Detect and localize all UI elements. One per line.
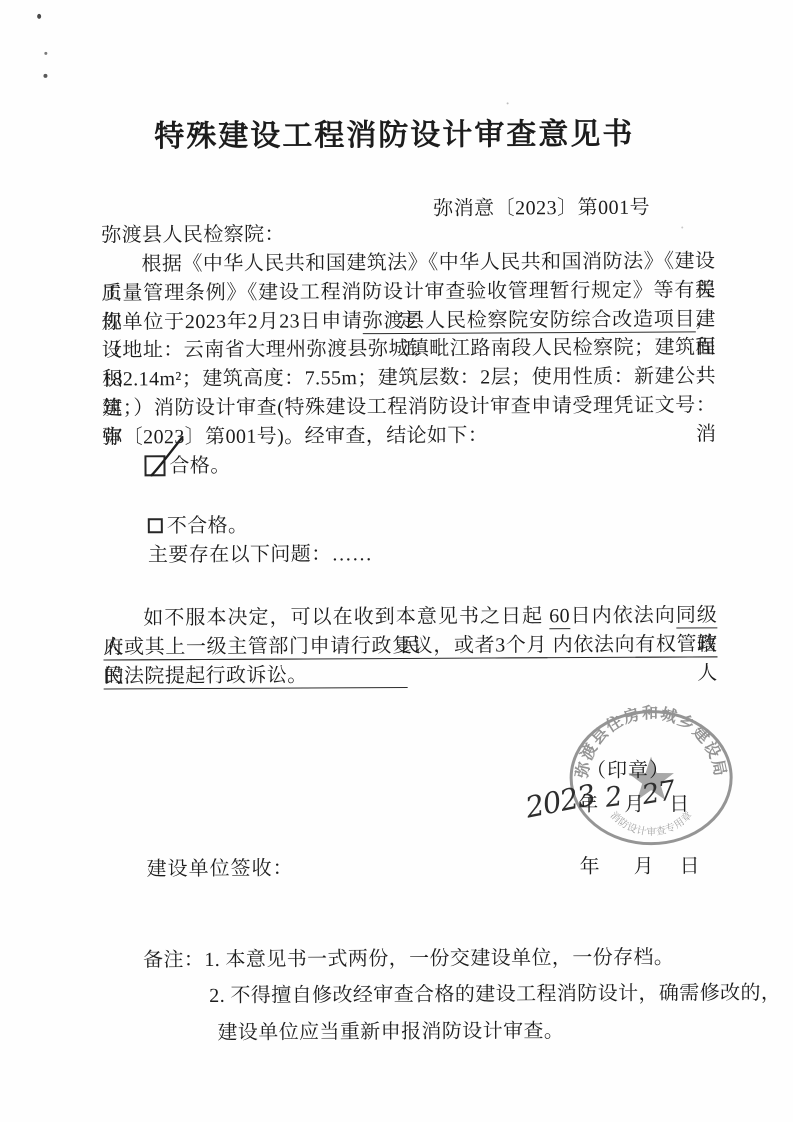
document-number: 弥消意〔2023〕第001号 (433, 191, 650, 221)
underlined-text: 府或其上一级主管部门 (103, 635, 309, 660)
sign-label: 建设单位签收： (147, 852, 294, 882)
document-title: 特殊建设工程消防设计审查意见书 (0, 108, 791, 156)
notes-line: 建设单位应当重新申报消防设计审查。 (143, 1012, 781, 1052)
pass-label: 合格。 (169, 455, 230, 477)
notes-item: 1. 本意见书一式两份，一份交建设单位，一份存档。 (204, 947, 674, 971)
paragraph-line: 根据《中华人民共和国建筑法》《中华人民共和国消防法》《建设工程 (101, 247, 715, 279)
text-segment: 你单位于2023年2月23日申请 (102, 310, 363, 333)
paragraph-line: 筑；）消防设计审查(特殊建设工程消防设计审查申请受理凭证文号：弥消 (102, 391, 716, 423)
scan-speck (507, 102, 509, 104)
paragraph-line: 府或其上一级主管部门申请行政复议，或者3个月 内依法向有权管辖的 人 (103, 630, 717, 662)
sign-month-label: 月 (634, 850, 654, 879)
scan-speck (37, 14, 41, 19)
text-segment: 申请行政复议，或者 (310, 634, 496, 657)
checkbox-unchecked-icon (148, 519, 163, 534)
paragraph-line: 你单位于2023年2月23日申请弥渡县人民检察院安防综合改造项目建设工程 (102, 305, 716, 337)
scan-speck (44, 52, 47, 55)
scan-speck (43, 74, 47, 78)
fail-label: 不合格。 (167, 515, 249, 537)
text-segment: 日内依法向 (570, 605, 676, 628)
notes-line: 备注：1. 本意见书一式两份，一份交建设单位，一份存档。 (143, 939, 781, 979)
sign-day-label: 日 (680, 849, 700, 878)
text-segment: 民法院提起行政诉讼。 (104, 664, 308, 687)
document-body: 弥渡县人民检察院： 根据《中华人民共和国建筑法》《中华人民共和国消防法》《建设工… (100, 0, 714, 30)
notes-label: 备注： (143, 949, 204, 971)
scanned-document-page: 特殊建设工程消防设计审查意见书 弥消意〔2023〕第001号 弥渡县人民检察院：… (0, 0, 793, 1122)
underlined-text: 60 (549, 605, 570, 629)
main-paragraph: 根据《中华人民共和国建筑法》《中华人民共和国消防法》《建设工程 质量管理条例》《… (101, 247, 716, 452)
text-segment: 人 (408, 662, 718, 686)
paragraph-line: 质量管理条例》《建设工程消防设计审查验收管理暂行规定》等有关规定， (102, 276, 716, 308)
text-segment: 内依法向 (547, 634, 635, 656)
sign-year-label: 年 (580, 850, 600, 879)
paragraph-line: 如不服本决定，可以在收到本意见书之日起 60日内依法向同级人民政 (103, 601, 717, 633)
problems-line: 主要存在以下问题：…… (103, 540, 373, 570)
underlined-text: 弥渡县人民检察院安防综合改造项目 (363, 308, 696, 334)
salutation: 弥渡县人民检察院： (101, 221, 285, 251)
paragraph-line: （地址：云南省大理州弥渡县弥城镇毗江路南段人民检察院；建筑面积： (102, 334, 716, 366)
year-label: 年 (578, 788, 598, 817)
scan-speck (681, 226, 683, 228)
handwritten-month: 2 (603, 781, 624, 814)
conclusion-fail-row: 不合格。 (103, 512, 249, 542)
text-segment: 如不服本决定，可以在收到本意见书之日起 (143, 605, 549, 629)
day-label: 日 (669, 787, 689, 816)
text-segment: 审〔2023〕第001号)。经审查，结论如下： (102, 424, 488, 448)
underlined-text: 3个月 (495, 634, 547, 658)
issue-date-row: 2023 年 2 月 27 日 (1, 785, 793, 823)
notes-line: 2. 不得擅自修改经审查合格的建设工程消防设计，确需修改的， (143, 975, 781, 1015)
paragraph-line: 182.14m²；建筑高度：7.55m；建筑层数：2层；使用性质：新建公共建 (102, 363, 716, 395)
notes-block: 备注：1. 本意见书一式两份，一份交建设单位，一份存档。 2. 不得擅自修改经审… (143, 939, 782, 1052)
checkbox-checked-icon (144, 456, 165, 477)
appeal-paragraph: 如不服本决定，可以在收到本意见书之日起 60日内依法向同级人民政 府或其上一级主… (103, 601, 717, 691)
conclusion-pass-row: 合格。 (102, 449, 716, 481)
